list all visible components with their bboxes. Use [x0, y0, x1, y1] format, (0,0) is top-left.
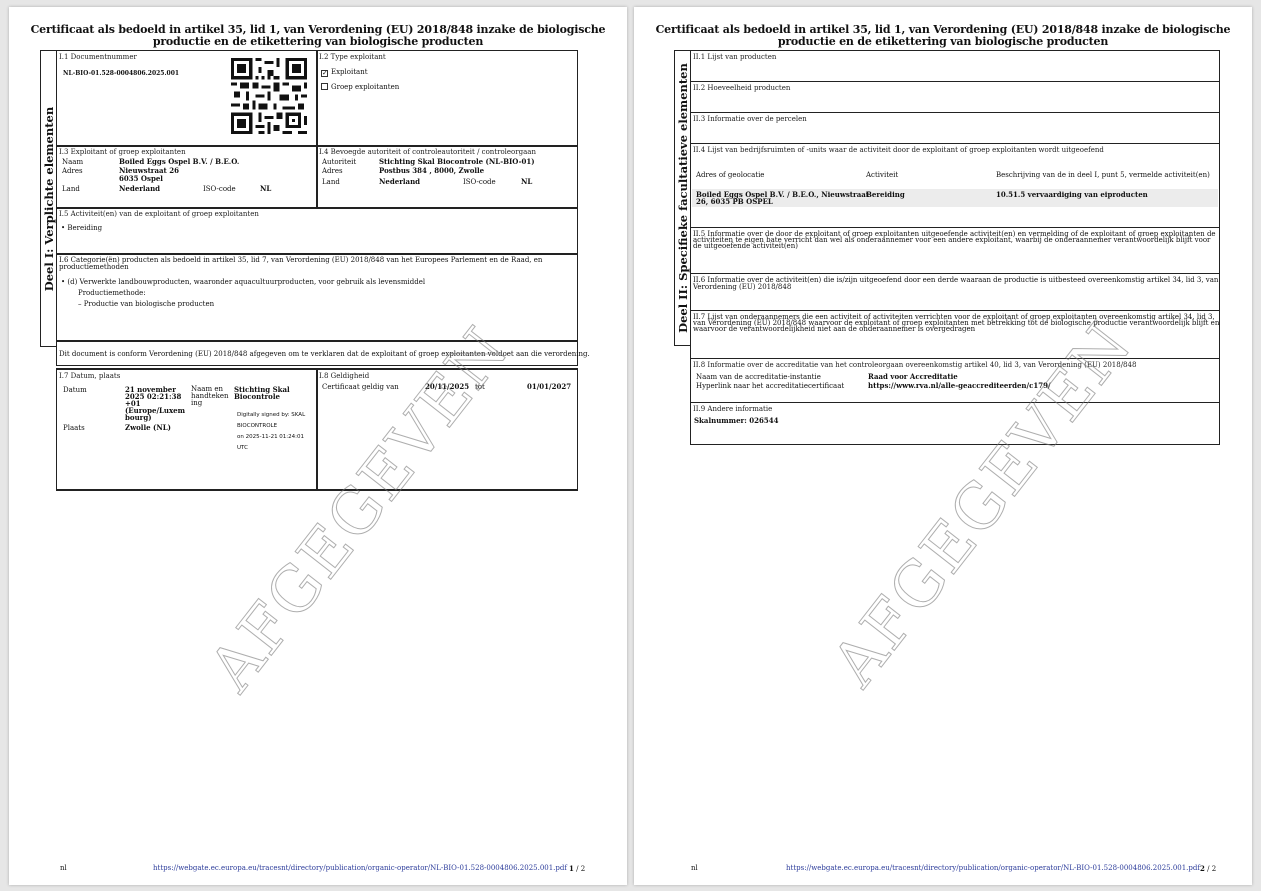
section-ii3-parcels: II.3 Informatie over de percelen: [690, 112, 1220, 144]
signature-line: Digitally signed by: SKAL: [237, 410, 305, 421]
signature-line: UTC: [237, 443, 305, 454]
naam-handtekening-label: Naam en handteken ing: [191, 386, 229, 407]
tot-label: tot: [475, 383, 485, 391]
i8-label: I.8 Geldigheid: [317, 370, 577, 380]
page-sep: /: [1205, 865, 1212, 873]
section-i3-operator: I.3 Exploitant of groep exploitanten Naa…: [56, 145, 318, 209]
page-number: 1 / 2: [569, 864, 585, 873]
footer-url[interactable]: https://webgate.ec.europa.eu/tracesnt/di…: [786, 864, 1200, 872]
premise-description: 10.51.5 vervaardiging van eiproducten: [996, 191, 1148, 199]
section-ii5-activity-info: II.5 Informatie over de door de exploita…: [690, 227, 1220, 274]
country: Nederland: [379, 178, 420, 186]
i3-label: I.3 Exploitant of groep exploitanten: [57, 146, 317, 156]
name-line: Biocontrole: [234, 393, 290, 400]
section-i1-document-number: I.1 Documentnummer NL-BIO-01.528-0004806…: [56, 50, 318, 147]
side-label-text: Deel II: Specifieke facultatieve element…: [676, 63, 690, 333]
accreditation-link[interactable]: https://www.rva.nl/alle-geaccrediteerden…: [868, 382, 1051, 390]
section-ii1-products: II.1 Lijst van producten: [690, 50, 1220, 82]
section-i4-authority: I.4 Bevoegde autoriteit of controleautor…: [316, 145, 578, 209]
section-ii8-accreditation: II.8 Informatie over de accreditatie van…: [690, 358, 1220, 403]
checkbox-groep-exploitanten[interactable]: Groep exploitanten: [321, 83, 399, 91]
column-header-address: Adres of geolocatie: [696, 171, 764, 179]
document-title: Certificaat als bedoeld in artikel 35, l…: [634, 24, 1252, 48]
option-label: Groep exploitanten: [331, 83, 399, 91]
page-sep: /: [574, 865, 581, 873]
checkbox-unchecked-icon: [321, 83, 328, 90]
page-total: 2: [1212, 865, 1216, 873]
ii5-label: II.5 Informatie over de door de exploita…: [693, 231, 1216, 249]
title-line-2: productie en de etikettering van biologi…: [634, 36, 1252, 48]
part-2-side-label: Deel II: Specifieke facultatieve element…: [674, 50, 690, 346]
method-label: Productiemethode:: [78, 289, 146, 297]
column-header-activity: Activiteit: [866, 171, 898, 179]
ii7-label: II.7 Lijst van onderaannemers die een ac…: [693, 314, 1219, 332]
valid-from: 20/11/2025: [425, 383, 469, 391]
i5-label: I.5 Activiteit(en) van de exploitant of …: [57, 208, 577, 218]
iso-label: ISO-code: [463, 178, 496, 186]
footer-url-link[interactable]: https://webgate.ec.europa.eu/tracesnt/di…: [153, 864, 567, 872]
footer-url-link[interactable]: https://webgate.ec.europa.eu/tracesnt/di…: [786, 864, 1200, 872]
ii8-label: II.8 Informatie over de accreditatie van…: [691, 359, 1219, 369]
geldig-label: Certificaat geldig van: [322, 383, 399, 391]
category-item: • (d) Verwerkte landbouwproducten, waaro…: [61, 278, 425, 286]
accreditation-name-label: Naam van de accreditatie-instantie: [696, 373, 821, 381]
footer-language: nl: [60, 864, 67, 872]
section-i2-operator-type: I.2 Type exploitant ✓Exploitant Groep ex…: [316, 50, 578, 147]
conformity-statement: Dit document is conform Verordening (EU)…: [59, 350, 590, 358]
section-i8-validity: I.8 Geldigheid Certificaat geldig van 20…: [316, 368, 578, 491]
ii1-label: II.1 Lijst van producten: [691, 51, 1219, 61]
section-ii9-other-info: II.9 Andere informatie Skalnummer: 02654…: [690, 402, 1220, 445]
signature-line: on 2025-11-21 01:24:01: [237, 432, 305, 443]
part-1-side-label: Deel I: Verplichte elementen: [40, 50, 56, 347]
address-line-2: 6035 Ospel: [119, 175, 163, 183]
i4-label: I.4 Bevoegde autoriteit of controleautor…: [317, 146, 577, 156]
option-label: Exploitant: [331, 68, 368, 76]
datum-label: Datum: [63, 386, 87, 394]
accreditation-link-label: Hyperlink naar het accreditatiecertifica…: [696, 382, 844, 390]
ii4-label: II.4 Lijst van bedrijfsruimten of -units…: [691, 144, 1219, 154]
section-i5-activities: I.5 Activiteit(en) van de exploitant of …: [56, 207, 578, 255]
iso-code: NL: [521, 178, 532, 186]
premise-address: Boiled Eggs Ospel B.V. / B.E.O., Nieuwst…: [696, 191, 869, 205]
authority-name: Stichting Skal Biocontrole (NL-BIO-01): [379, 158, 535, 166]
land-label: Land: [62, 185, 80, 193]
document-number: NL-BIO-01.528-0004806.2025.001: [63, 70, 179, 78]
checkbox-checked-icon: ✓: [321, 70, 328, 77]
qr-code-icon: [231, 56, 307, 136]
ii2-label: II.2 Hoeveelheid producten: [691, 82, 1219, 92]
section-i6-categories: I.6 Categorie(ën) producten als bedoeld …: [56, 253, 578, 342]
section-i7-date-place: I.7 Datum, plaats Datum 21 november 2025…: [56, 368, 318, 491]
document-title: Certificaat als bedoeld in artikel 35, l…: [9, 24, 627, 48]
signature-line: BIOCONTROLE: [237, 421, 305, 432]
skal-number: Skalnummer: 026544: [694, 417, 778, 425]
activity-item: • Bereiding: [61, 224, 102, 232]
ii3-label: II.3 Informatie over de percelen: [691, 113, 1219, 123]
adres-label: Adres: [322, 167, 343, 175]
adres-label: Adres: [62, 167, 83, 175]
land-label: Land: [322, 178, 340, 186]
i7-label: I.7 Datum, plaats: [57, 370, 317, 380]
pdf-page-2: Certificaat als bedoeld in artikel 35, l…: [634, 7, 1252, 885]
footer-language: nl: [691, 864, 698, 872]
conformity-statement-box: Dit document is conform Verordening (EU)…: [56, 340, 578, 366]
date-line: bourg): [125, 414, 185, 421]
address-line: 26, 6035 PB OSPEL: [696, 198, 869, 205]
iso-label: ISO-code: [203, 185, 236, 193]
autoriteit-label: Autoriteit: [322, 158, 356, 166]
ii9-label: II.9 Andere informatie: [691, 403, 1219, 413]
section-ii4-premises: II.4 Lijst van bedrijfsruimten of -units…: [690, 143, 1220, 228]
section-ii6-outsourced: II.6 Informatie over de activiteit(en) d…: [690, 273, 1220, 311]
naam-label: Naam: [62, 158, 83, 166]
page-number: 2 / 2: [1200, 864, 1216, 873]
production-method: – Productie van biologische producten: [78, 300, 214, 308]
label-line: ing: [191, 400, 229, 407]
section-ii7-subcontractors: II.7 Lijst van onderaannemers die een ac…: [690, 310, 1220, 359]
iso-code: NL: [260, 185, 271, 193]
pdf-page-1: Certificaat als bedoeld in artikel 35, l…: [9, 7, 627, 885]
checkbox-exploitant[interactable]: ✓Exploitant: [321, 68, 368, 77]
signatory-name: Stichting Skal Biocontrole: [234, 386, 290, 400]
footer-url[interactable]: https://webgate.ec.europa.eu/tracesnt/di…: [153, 864, 567, 872]
accreditation-body: Raad voor Accreditatie: [868, 373, 958, 381]
ii6-label: II.6 Informatie over de activiteit(en) d…: [693, 277, 1218, 291]
i2-label: I.2 Type exploitant: [317, 51, 577, 61]
i6-label-line-2: productiemethoden: [59, 263, 129, 271]
authority-address: Postbus 384 , 8000, Zwolle: [379, 167, 484, 175]
side-label-text: Deel I: Verplichte elementen: [42, 106, 56, 290]
premise-activity: Bereiding: [866, 191, 905, 199]
section-ii2-quantity: II.2 Hoeveelheid producten: [690, 81, 1220, 113]
date-value: 21 november 2025 02:21:38 +01 (Europe/Lu…: [125, 386, 185, 421]
country: Nederland: [119, 185, 160, 193]
place-value: Zwolle (NL): [125, 424, 171, 432]
digital-signature: Digitally signed by: SKAL BIOCONTROLE on…: [237, 410, 305, 454]
valid-until: 01/01/2027: [527, 383, 571, 391]
label-line: Verordening (EU) 2018/848: [693, 284, 1218, 291]
operator-name: Boiled Eggs Ospel B.V. / B.E.O.: [119, 158, 239, 166]
title-line-2: productie en de etikettering van biologi…: [9, 36, 627, 48]
column-header-description: Beschrijving van de in deel I, punt 5, v…: [996, 171, 1210, 179]
page-total: 2: [581, 865, 585, 873]
plaats-label: Plaats: [63, 424, 85, 432]
i6-label-line-1: I.6 Categorie(ën) producten als bedoeld …: [59, 256, 542, 264]
